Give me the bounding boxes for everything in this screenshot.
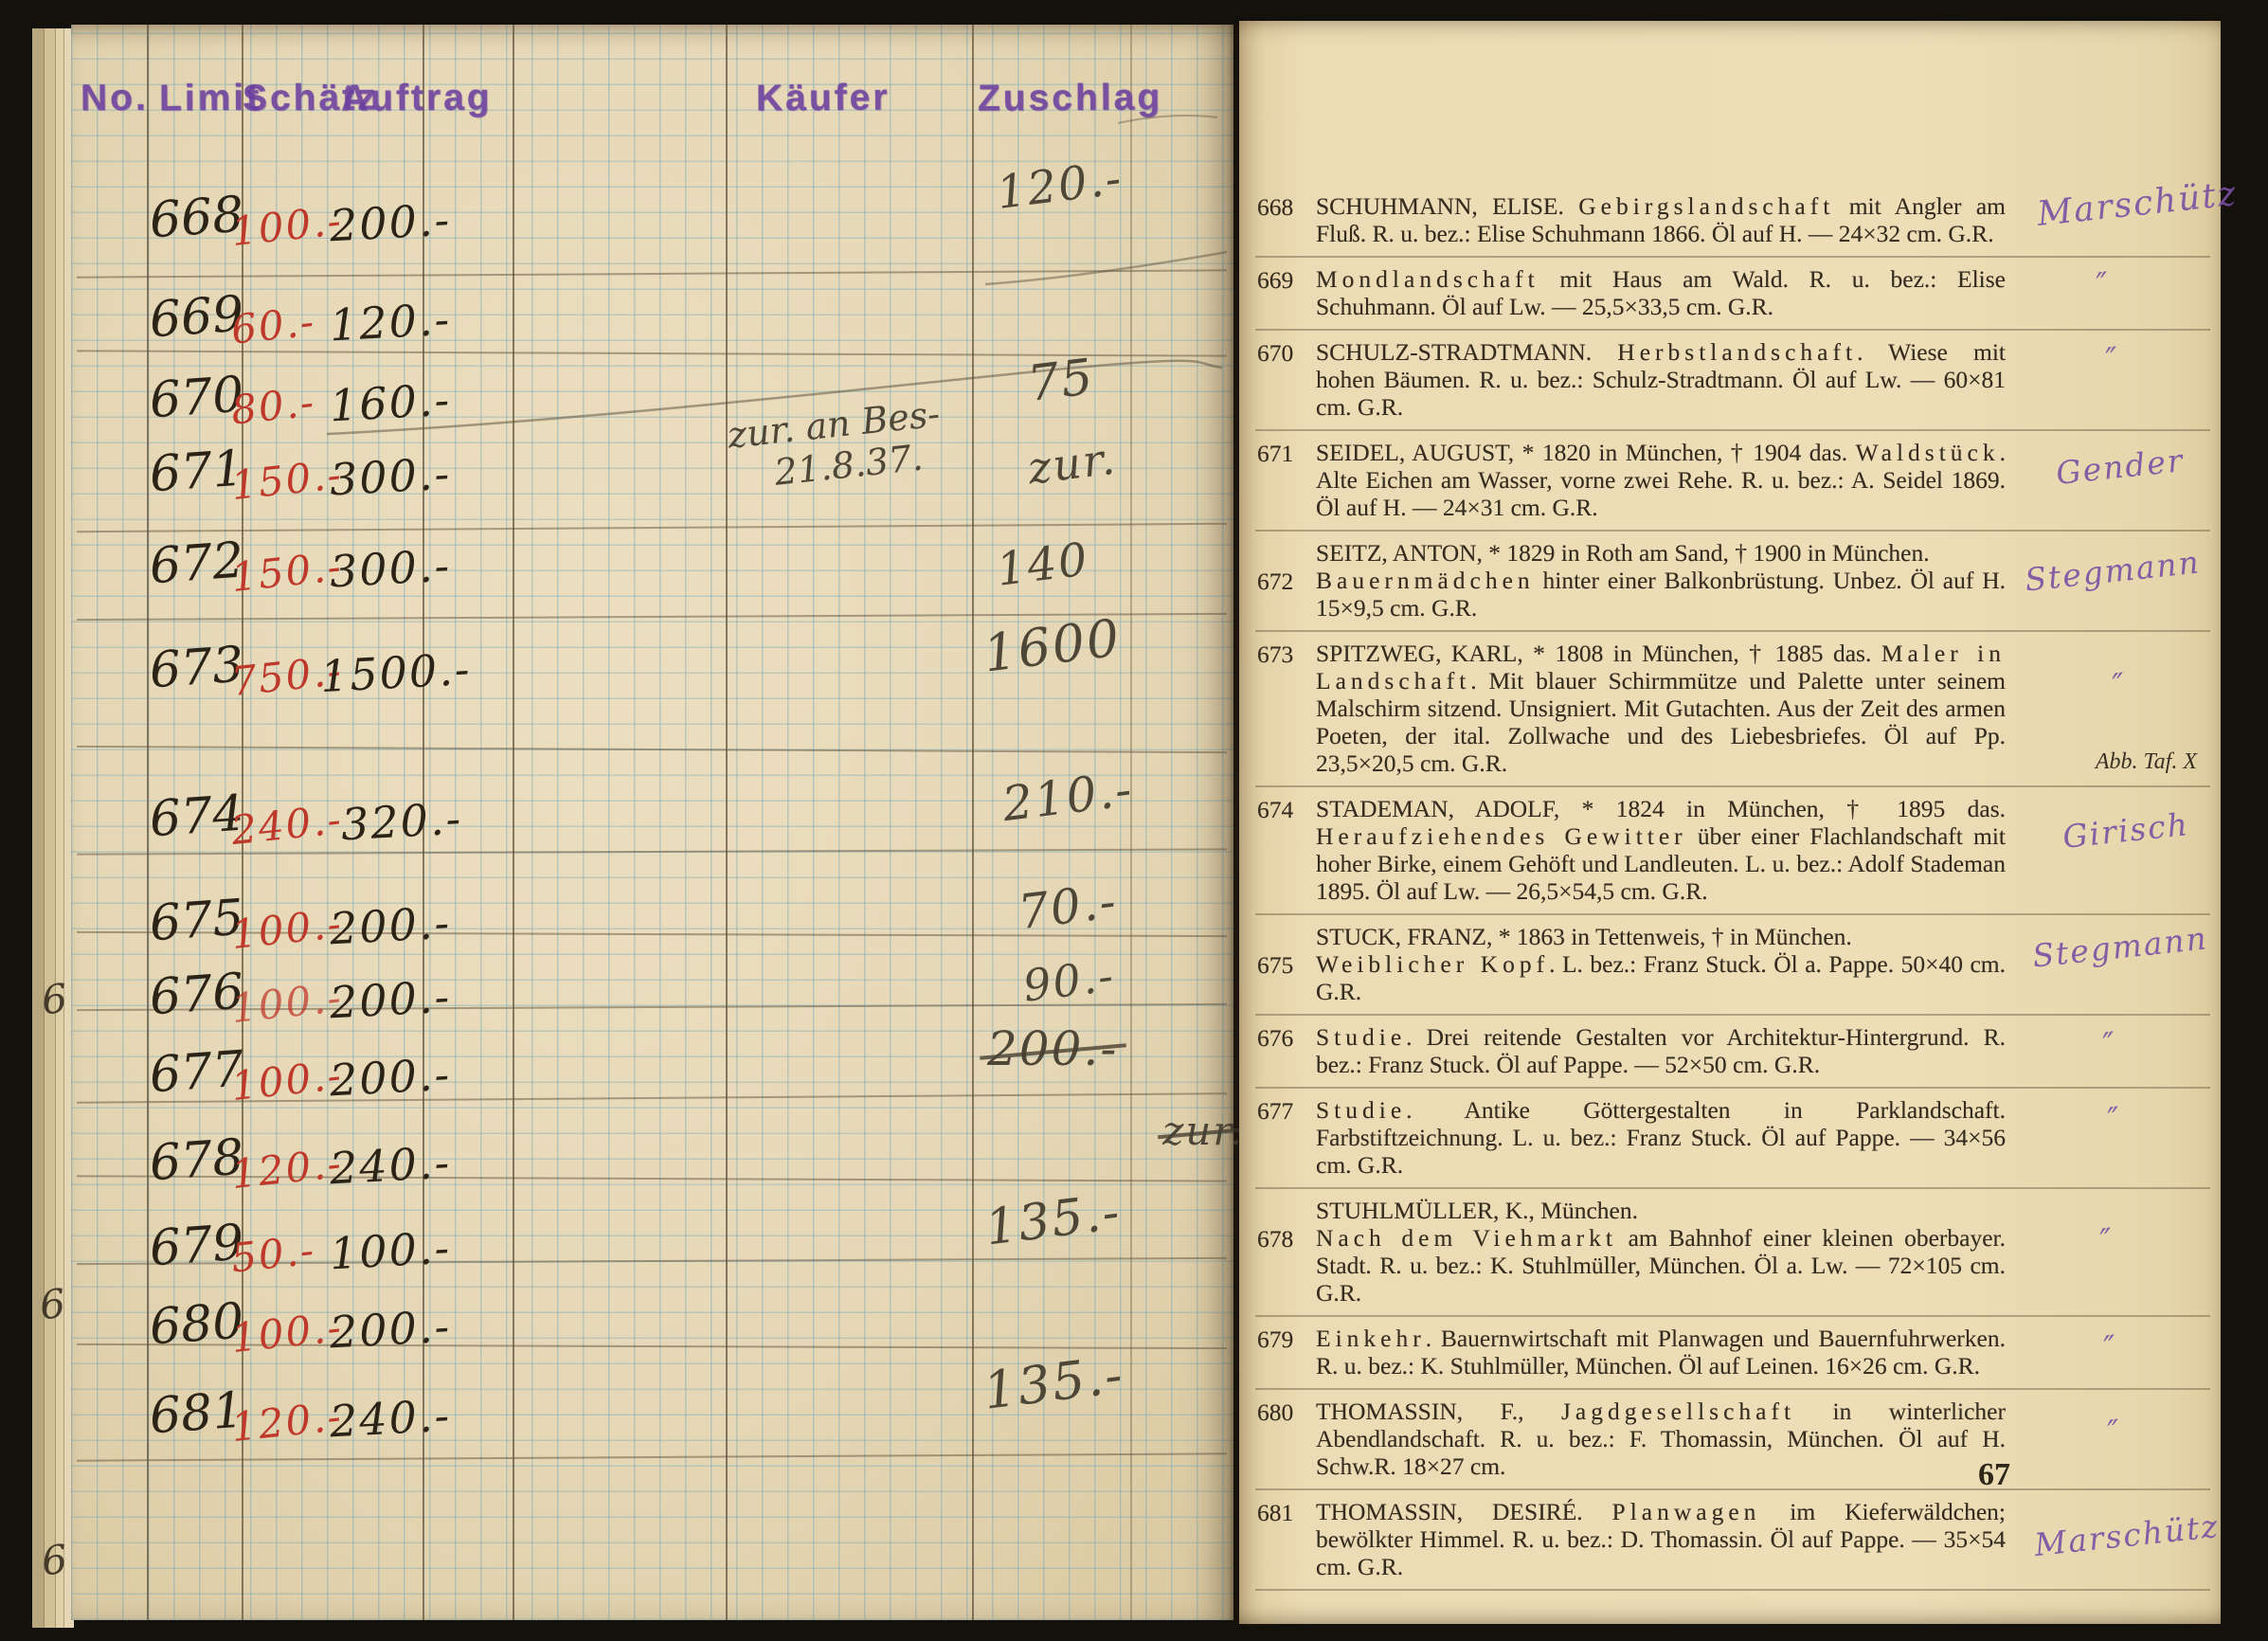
entry-title: Mondlandschaft bbox=[1316, 265, 1539, 293]
entry-title: Waldstück bbox=[1856, 439, 2000, 466]
entry-description: . Antike Göttergestalten in Parklandscha… bbox=[1316, 1096, 2006, 1179]
entry-number: 672 bbox=[1257, 568, 1293, 596]
margin-annotation: ″ bbox=[2106, 1099, 2123, 1137]
entry-artist-header: STUCK, FRANZ, * 1863 in Tettenweis, † in… bbox=[1316, 923, 2006, 950]
ledger-row: 669 60.- 120.- bbox=[142, 289, 597, 357]
estimate-value: 300.- bbox=[329, 448, 453, 506]
entry-title: Bauernmädchen bbox=[1316, 567, 1535, 594]
ledger-row: 679 50.- 100.- bbox=[142, 1217, 597, 1286]
margin-annotation: ″ bbox=[2111, 665, 2128, 703]
entry-number: 674 bbox=[1257, 796, 1293, 824]
ledger-separator bbox=[77, 746, 1227, 753]
estimate-value: 200.- bbox=[329, 971, 453, 1029]
ledger-row: 670 80.- 160.- bbox=[142, 370, 597, 438]
entry-title: Studie bbox=[1316, 1096, 1406, 1124]
entry-title: Nach dem Viehmarkt bbox=[1316, 1224, 1617, 1252]
catalog-entry-681: 681 THOMASSIN, DESIRÉ. Planwagen im Kief… bbox=[1255, 1490, 2210, 1591]
limit-value: 150.- bbox=[229, 543, 345, 601]
ledger-row: 672 150.- 300.- bbox=[142, 535, 597, 604]
ledger-row: 671 150.- 300.- bbox=[142, 443, 597, 512]
limit-value: 60.- bbox=[229, 298, 318, 352]
entry-title: Planwagen bbox=[1612, 1498, 1761, 1525]
entry-text: Studie. Drei reitende Gestalten vor Arch… bbox=[1316, 1023, 2006, 1078]
ledger-header-zuschlag: Zuschlag bbox=[978, 77, 1163, 119]
hammer-price: 120.- bbox=[994, 152, 1125, 220]
catalog-entry-678: 678 STUHLMÜLLER, K., München.Nach dem Vi… bbox=[1255, 1189, 2210, 1317]
ledger-row: 678 120.- 240.- bbox=[142, 1132, 597, 1200]
entry-number: 675 bbox=[1257, 951, 1293, 980]
estimate-value: 120.- bbox=[329, 294, 453, 352]
limit-value: 150.- bbox=[229, 451, 345, 509]
estimate-value: 200.- bbox=[329, 1049, 453, 1107]
entry-text: THOMASSIN, DESIRÉ. Planwagen im Kieferwä… bbox=[1316, 1498, 2006, 1580]
limit-value: 80.- bbox=[229, 378, 318, 433]
estimate-value: 200.- bbox=[329, 194, 453, 252]
estimate-value: 100.- bbox=[329, 1222, 453, 1280]
margin-annotation: Girisch bbox=[2061, 805, 2190, 856]
margin-annotation: ″ bbox=[2104, 339, 2121, 377]
catalog-entry-673: 673 SPITZWEG, KARL, * 1808 in München, †… bbox=[1255, 632, 2210, 787]
entry-artist: SCHULZ-STRADTMANN. bbox=[1316, 338, 1617, 366]
margin-annotation: ″ bbox=[2106, 1412, 2123, 1450]
catalog-entry-680: 680 THOMASSIN, F., Jagdgesellschaft in w… bbox=[1255, 1390, 2210, 1490]
entry-number: 676 bbox=[1257, 1024, 1293, 1053]
ledger-row: 677 100.- 200.- bbox=[142, 1044, 597, 1112]
entry-number: 677 bbox=[1257, 1097, 1293, 1126]
edge-lot-number: 6 bbox=[40, 1536, 70, 1585]
hammer-price: 135.- bbox=[982, 1183, 1125, 1256]
entry-artist: SEIDEL, AUGUST, * 1820 in München, † 190… bbox=[1316, 439, 1856, 466]
edge-lot-number: 6 bbox=[38, 1280, 68, 1329]
margin-annotation: Marschütz bbox=[2032, 1507, 2221, 1563]
entry-number: 681 bbox=[1257, 1499, 1293, 1527]
catalog-page: 668 SCHUHMANN, ELISE. Gebirgslandschaft … bbox=[1239, 21, 2221, 1624]
entry-number: 679 bbox=[1257, 1325, 1293, 1354]
entry-title: Einkehr bbox=[1316, 1325, 1426, 1352]
limit-value: 50.- bbox=[229, 1226, 318, 1281]
entry-description: . Drei reitende Gestalten vor Architektu… bbox=[1316, 1023, 2006, 1078]
catalog-entry-671: 671 SEIDEL, AUGUST, * 1820 in München, †… bbox=[1255, 431, 2210, 532]
entry-number: 680 bbox=[1257, 1398, 1293, 1427]
entry-artist: THOMASSIN, DESIRÉ. bbox=[1316, 1498, 1612, 1525]
entry-text: SPITZWEG, KARL, * 1808 in München, † 188… bbox=[1316, 640, 2006, 777]
margin-annotation: ″ bbox=[2095, 264, 2112, 302]
ledger-row: 668 100.- 200.- bbox=[142, 189, 597, 258]
entry-title: Jagdgesellschaft bbox=[1561, 1398, 1795, 1425]
hammer-price: zur. bbox=[1025, 433, 1119, 495]
hammer-price: 1600 bbox=[981, 607, 1125, 683]
ledger-separator bbox=[77, 523, 1227, 532]
entry-number: 670 bbox=[1257, 339, 1293, 368]
ledger-separator bbox=[77, 1452, 1227, 1461]
entry-artist: THOMASSIN, F., bbox=[1316, 1398, 1561, 1425]
limit-value: 100.- bbox=[229, 197, 345, 255]
entry-number: 671 bbox=[1257, 440, 1293, 468]
hammer-price: 210.- bbox=[999, 762, 1136, 832]
entry-text: Einkehr. Bauernwirtschaft mit Planwagen … bbox=[1316, 1325, 2006, 1380]
entry-title: Weiblicher Kopf bbox=[1316, 950, 1549, 978]
limit-value: 120.- bbox=[229, 1393, 345, 1451]
limit-value: 100.- bbox=[229, 974, 345, 1032]
catalog-entry-669: 669 Mondlandschaft mit Haus am Wald. R. … bbox=[1255, 258, 2210, 331]
ledger-separator bbox=[77, 269, 1227, 278]
catalog-entry-674: 674 STADEMAN, ADOLF, * 1824 in München, … bbox=[1255, 787, 2210, 915]
limit-value: 240.- bbox=[229, 796, 345, 854]
limit-value: 120.- bbox=[229, 1140, 345, 1198]
entry-number: 669 bbox=[1257, 266, 1293, 295]
ledger-row: 681 120.- 240.- bbox=[142, 1385, 597, 1453]
estimate-value: 1500.- bbox=[319, 643, 473, 702]
estimate-value: 240.- bbox=[329, 1137, 453, 1195]
catalog-entry-list: 668 SCHUHMANN, ELISE. Gebirgslandschaft … bbox=[1255, 185, 2210, 1591]
entry-title: Herbstlandschaft bbox=[1617, 338, 1857, 366]
ledger-row: 680 100.- 200.- bbox=[142, 1296, 597, 1364]
hammer-price-struck: 200.- bbox=[987, 1021, 1118, 1076]
buyer-note: zur. an Bes- 21.8.37. bbox=[726, 393, 946, 498]
catalog-entry-675: 675 STUCK, FRANZ, * 1863 in Tettenweis, … bbox=[1255, 915, 2210, 1016]
entry-title: Gebirgslandschaft bbox=[1578, 192, 1834, 220]
ledger-page: No. Limit Schätz Auftrag Käufer Zuschlag… bbox=[71, 25, 1233, 1620]
entry-text: STADEMAN, ADOLF, * 1824 in München, † 18… bbox=[1316, 795, 2006, 905]
entry-title: Studie bbox=[1316, 1023, 1406, 1051]
plate-reference: Abb. Taf. X bbox=[2096, 749, 2197, 775]
estimate-value: 240.- bbox=[329, 1390, 453, 1448]
page-number: 67 bbox=[1978, 1457, 2010, 1493]
margin-annotation: ″ bbox=[2098, 1220, 2115, 1258]
hammer-price: 140 bbox=[994, 532, 1092, 596]
ledger-row: 673 750.- 1500.- bbox=[142, 640, 597, 708]
entry-text: SEIDEL, AUGUST, * 1820 in München, † 190… bbox=[1316, 439, 2006, 521]
entry-artist: SPITZWEG, KARL, * 1808 in München, † 188… bbox=[1316, 640, 1881, 667]
entry-text: Studie. Antike Göttergestalten in Parkla… bbox=[1316, 1096, 2006, 1179]
entry-artist-header: SEITZ, ANTON, * 1829 in Roth am Sand, † … bbox=[1316, 539, 2006, 567]
margin-annotation: ″ bbox=[2102, 1327, 2119, 1365]
estimate-value: 300.- bbox=[329, 540, 453, 598]
estimate-value: 200.- bbox=[329, 897, 453, 955]
column-rule bbox=[972, 25, 974, 1620]
edge-lot-number: 6 bbox=[40, 975, 70, 1024]
margin-annotation: ″ bbox=[2101, 1024, 2118, 1062]
column-rule bbox=[726, 25, 728, 1620]
ledger-row: 674 240.- 320.- bbox=[142, 788, 597, 857]
catalog-entry-677: 677 Studie. Antike Göttergestalten in Pa… bbox=[1255, 1089, 2210, 1189]
estimate-value: 160.- bbox=[329, 374, 453, 432]
ledger-header-auftrag: Auftrag bbox=[341, 77, 493, 119]
page-edge-strip bbox=[32, 28, 44, 1628]
entry-text: STUCK, FRANZ, * 1863 in Tettenweis, † in… bbox=[1316, 923, 2006, 1005]
entry-text: THOMASSIN, F., Jagdgesellschaft in winte… bbox=[1316, 1398, 2006, 1480]
catalog-entry-672: 672 SEITZ, ANTON, * 1829 in Roth am Sand… bbox=[1255, 532, 2210, 632]
margin-annotation: Stegmann bbox=[2030, 919, 2209, 974]
ledger-row: 676 100.- 200.- bbox=[142, 966, 597, 1035]
entry-text: Mondlandschaft mit Haus am Wald. R. u. b… bbox=[1316, 265, 2006, 320]
margin-annotation: Stegmann bbox=[2023, 543, 2202, 598]
limit-value: 100.- bbox=[229, 900, 345, 958]
catalog-entry-668: 668 SCHUHMANN, ELISE. Gebirgslandschaft … bbox=[1255, 185, 2210, 258]
entry-text: STUHLMÜLLER, K., München.Nach dem Viehma… bbox=[1316, 1197, 2006, 1307]
limit-value: 100.- bbox=[229, 1052, 345, 1109]
catalog-entry-676: 676 Studie. Drei reitende Gestalten vor … bbox=[1255, 1016, 2210, 1089]
column-rule bbox=[1130, 25, 1132, 1620]
hammer-price: 135.- bbox=[981, 1344, 1127, 1421]
margin-annotation: Marschütz bbox=[2035, 174, 2239, 234]
catalog-entry-670: 670 SCHULZ-STRADTMANN. Herbstlandschaft.… bbox=[1255, 331, 2210, 431]
hammer-price: 90.- bbox=[1020, 949, 1118, 1011]
entry-text: SCHULZ-STRADTMANN. Herbstlandschaft. Wie… bbox=[1316, 338, 2006, 421]
entry-title: Heraufziehendes Gewitter bbox=[1316, 822, 1687, 850]
entry-artist: STADEMAN, ADOLF, * 1824 in München, † 18… bbox=[1316, 795, 2006, 822]
margin-annotation: Gender bbox=[2054, 442, 2186, 492]
limit-value: 100.- bbox=[229, 1304, 345, 1361]
ledger-header-kaeufer: Käufer bbox=[756, 78, 891, 120]
entry-text: SCHUHMANN, ELISE. Gebirgslandschaft mit … bbox=[1316, 192, 2006, 247]
ledger-row: 675 100.- 200.- bbox=[142, 893, 597, 961]
hammer-price: 70.- bbox=[1016, 874, 1121, 940]
catalog-entry-679: 679 Einkehr. Bauernwirtschaft mit Planwa… bbox=[1255, 1317, 2210, 1390]
estimate-value: 200.- bbox=[329, 1301, 453, 1359]
hammer-price: 75 bbox=[1025, 349, 1098, 413]
entry-artist-header: STUHLMÜLLER, K., München. bbox=[1316, 1197, 2006, 1224]
entry-number: 668 bbox=[1257, 193, 1293, 222]
ledger-header-no: No. bbox=[81, 78, 149, 120]
entry-artist: SCHUHMANN, ELISE. bbox=[1316, 192, 1578, 220]
entry-text: SEITZ, ANTON, * 1829 in Roth am Sand, † … bbox=[1316, 539, 2006, 622]
entry-number: 673 bbox=[1257, 640, 1293, 669]
entry-number: 678 bbox=[1257, 1225, 1293, 1253]
estimate-value: 320.- bbox=[340, 793, 464, 851]
